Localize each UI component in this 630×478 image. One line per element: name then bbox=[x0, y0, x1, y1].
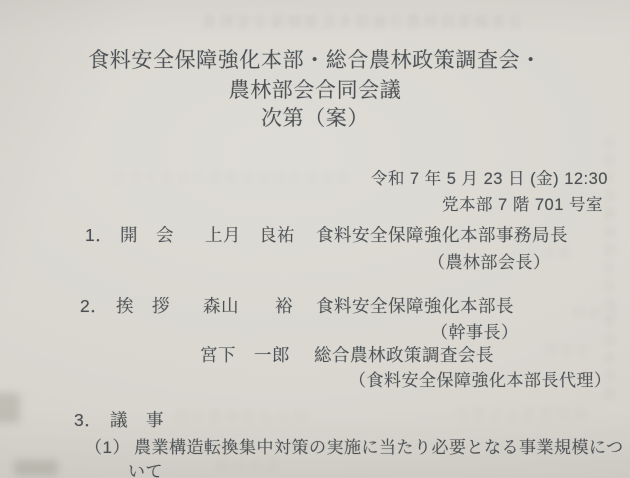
item-1-role: 食料安全保障強化本部事務局長 bbox=[316, 222, 568, 247]
agenda-item-2-speaker2-row: 宮下 一郎 総合農林政策調査会長 bbox=[0, 342, 630, 366]
item-2-speaker2: 宮下 一郎 bbox=[200, 342, 290, 367]
item-2-role: 食料安全保障強化本部長 bbox=[316, 293, 514, 318]
item-1-role-note: （農林部会長） bbox=[428, 248, 551, 273]
agenda-topic-1-text-continued: いて bbox=[128, 457, 163, 478]
item-1-number: 1． bbox=[85, 222, 113, 247]
item-1-label: 開 会 bbox=[120, 222, 174, 247]
document-subtitle: 次第（案） bbox=[0, 102, 630, 132]
item-3-label: 議 事 bbox=[110, 407, 164, 432]
agenda-topic-1: （1） 農業構造転換集中対策の実施に当たり必要となる事業規模につ bbox=[0, 433, 630, 457]
agenda-item-2: 2． 挨 拶 森山 裕 食料安全保障強化本部長 bbox=[0, 293, 630, 317]
bleedthrough-text: 会査調策政林農合総部本化強障保全安料食 bbox=[178, 11, 523, 32]
agenda-topic-1-number: （1） bbox=[85, 433, 130, 458]
document-page: 会査調策政林農合総部本化強障保全安料食 部本党会調策政林農合総部本化強 長部本化… bbox=[0, 0, 630, 478]
agenda-item-1: 1． 開 会 上月 良祐 食料安全保障強化本部事務局長 bbox=[0, 222, 630, 246]
bleedthrough-text: 策政林農 bbox=[212, 456, 280, 477]
meeting-venue: 党本部 7 階 701 号室 bbox=[442, 191, 603, 215]
item-2-label: 挨 拶 bbox=[116, 293, 170, 318]
document-title-line1: 食料安全保障強化本部・総合農林政策調査会・ bbox=[0, 44, 630, 74]
document-title-line2: 農林部会合同会議 bbox=[0, 74, 630, 104]
item-2-role-note: （幹事長） bbox=[431, 318, 519, 343]
item-3-number: 3． bbox=[74, 407, 102, 432]
item-2-speaker: 森山 裕 bbox=[203, 293, 293, 318]
bleedthrough-text: 部本党会調策政林農合総部本化強 bbox=[70, 168, 350, 188]
item-2-role2: 総合農林政策調査会長 bbox=[314, 342, 494, 367]
item-1-speaker: 上月 良祐 bbox=[205, 222, 295, 247]
agenda-topic-1-text: 農業構造転換集中対策の実施に当たり必要となる事業規模につ bbox=[134, 433, 624, 458]
item-2-role2-note: （食料安全保障強化本部長代理） bbox=[349, 366, 612, 391]
item-2-number: 2． bbox=[80, 293, 108, 318]
agenda-item-3: 3． 議 事 bbox=[0, 407, 630, 431]
paper-smudge bbox=[14, 460, 58, 476]
meeting-datetime: 令和 7 年 5 月 23 日 (金) 12:30 bbox=[371, 165, 608, 189]
